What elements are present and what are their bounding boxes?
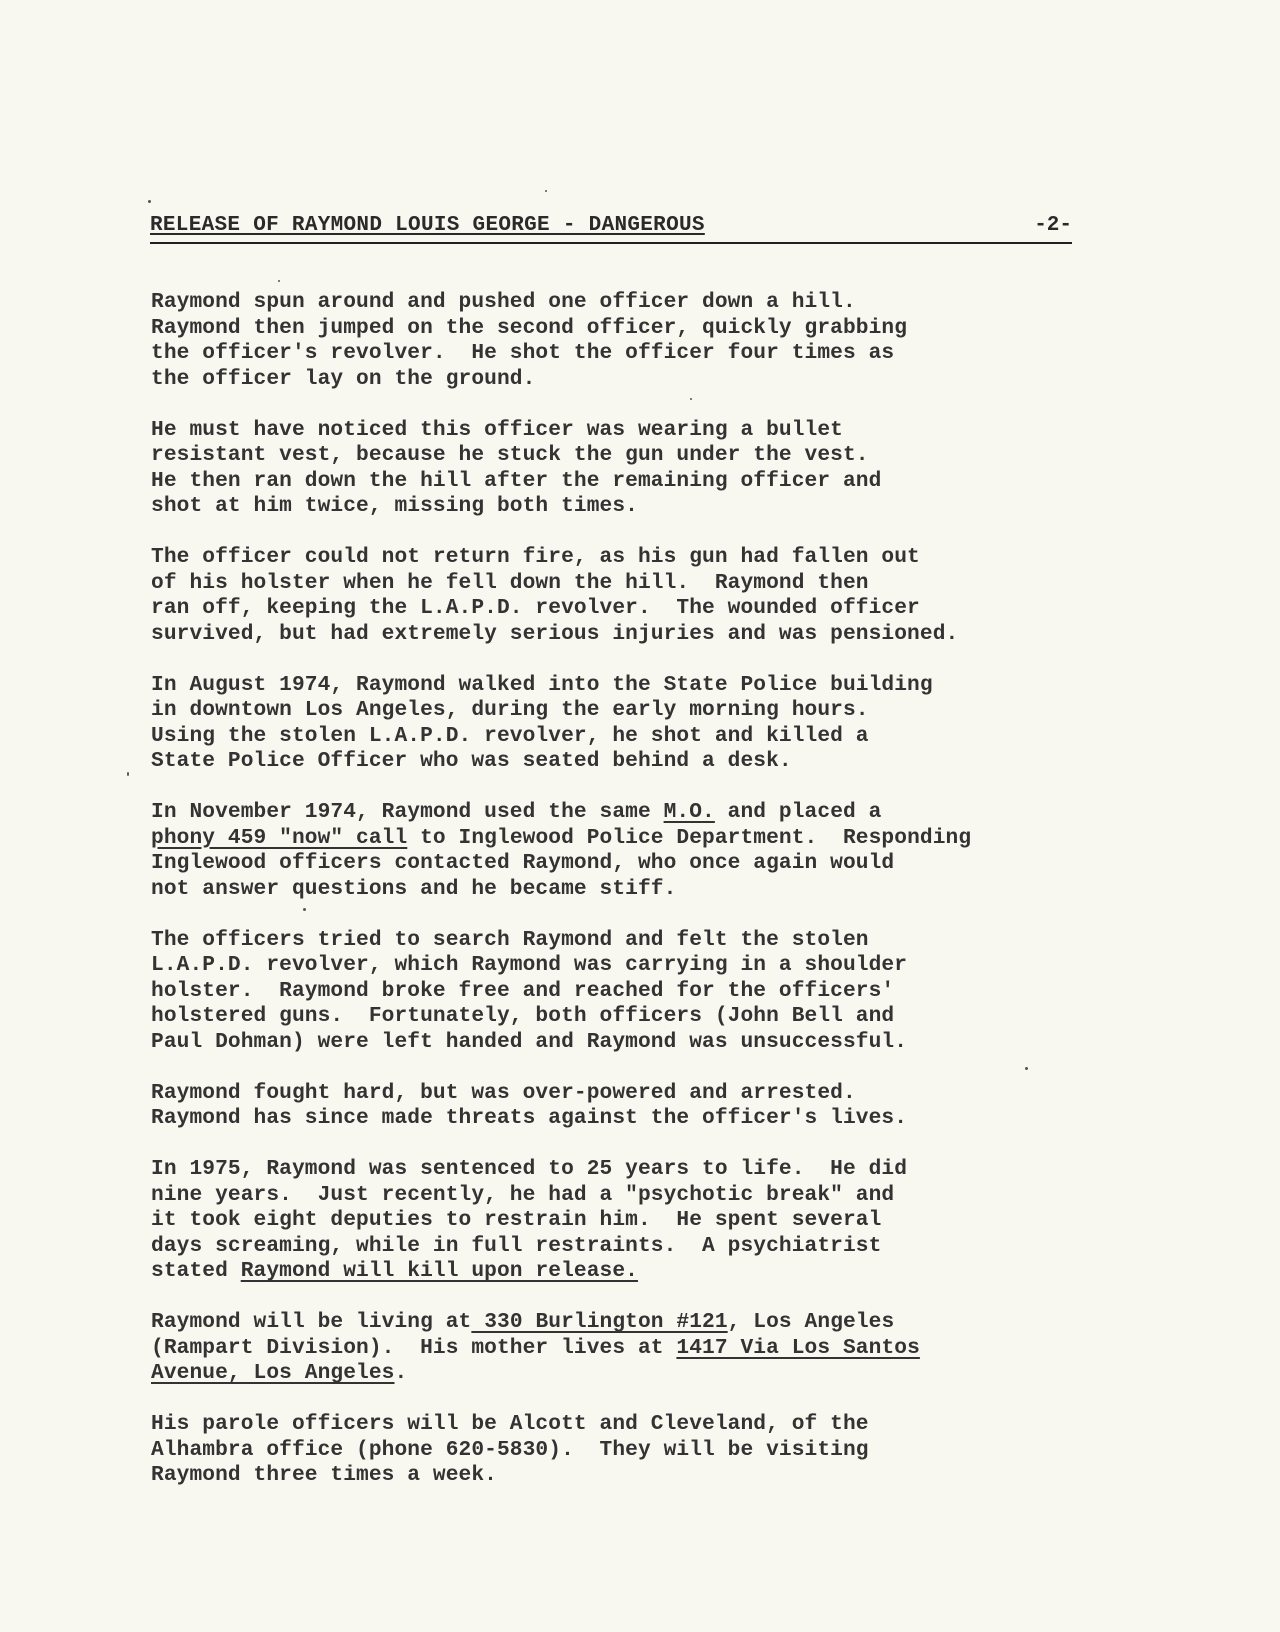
text-segment: in downtown Los Angeles, during the earl…	[151, 698, 869, 722]
text-line: the officer's revolver. He shot the offi…	[151, 341, 1151, 367]
text-line: Avenue, Los Angeles.	[151, 1361, 1151, 1387]
text-segment: The officer could not return fire, as hi…	[151, 545, 920, 569]
text-segment: and placed a	[715, 800, 882, 824]
paragraph: In November 1974, Raymond used the same …	[151, 800, 1151, 902]
text-segment: .	[394, 1361, 407, 1385]
document-page: RELEASE OF RAYMOND LOUIS GEORGE - DANGER…	[0, 0, 1280, 1632]
text-segment: it took eight deputies to restrain him. …	[151, 1208, 881, 1232]
text-segment: holster. Raymond broke free and reached …	[151, 979, 894, 1003]
text-line: State Police Officer who was seated behi…	[151, 749, 1151, 775]
text-segment: Raymond then jumped on the second office…	[151, 316, 907, 340]
text-segment: Raymond fought hard, but was over-powere…	[151, 1081, 856, 1105]
text-line: of his holster when he fell down the hil…	[151, 571, 1151, 597]
text-line: resistant vest, because he stuck the gun…	[151, 443, 1151, 469]
text-segment: L.A.P.D. revolver, which Raymond was car…	[151, 953, 907, 977]
paragraph: In 1975, Raymond was sentenced to 25 yea…	[151, 1157, 1151, 1285]
paragraph: He must have noticed this officer was we…	[151, 418, 1151, 520]
text-segment: Raymond three times a week.	[151, 1463, 497, 1487]
scan-speck	[127, 772, 129, 776]
text-line: (Rampart Division). His mother lives at …	[151, 1336, 1151, 1362]
text-segment: Using the stolen L.A.P.D. revolver, he s…	[151, 724, 869, 748]
text-segment: to Inglewood Police Department. Respondi…	[407, 826, 971, 850]
text-line: not answer questions and he became stiff…	[151, 877, 1151, 903]
text-segment: The officers tried to search Raymond and…	[151, 928, 869, 952]
text-segment: In August 1974, Raymond walked into the …	[151, 673, 933, 697]
text-line: holstered guns. Fortunately, both office…	[151, 1004, 1151, 1030]
text-line: Raymond then jumped on the second office…	[151, 316, 1151, 342]
page-number: -2-	[1034, 214, 1072, 237]
text-segment: survived, but had extremely serious inju…	[151, 622, 958, 646]
scan-speck	[690, 398, 692, 400]
document-header: RELEASE OF RAYMOND LOUIS GEORGE - DANGER…	[150, 212, 1072, 244]
underlined-text: 1417 Via Los Santos	[676, 1336, 919, 1360]
text-line: In November 1974, Raymond used the same …	[151, 800, 1151, 826]
text-segment: Raymond will be living at	[151, 1310, 471, 1334]
text-line: stated Raymond will kill upon release.	[151, 1259, 1151, 1285]
text-line: Raymond spun around and pushed one offic…	[151, 290, 1151, 316]
text-line: in downtown Los Angeles, during the earl…	[151, 698, 1151, 724]
text-line: He then ran down the hill after the rema…	[151, 469, 1151, 495]
text-line: He must have noticed this officer was we…	[151, 418, 1151, 444]
text-line: shot at him twice, missing both times.	[151, 494, 1151, 520]
text-segment: the officer lay on the ground.	[151, 367, 535, 391]
text-segment: He then ran down the hill after the rema…	[151, 469, 881, 493]
paragraph: Raymond fought hard, but was over-powere…	[151, 1081, 1151, 1132]
text-line: In 1975, Raymond was sentenced to 25 yea…	[151, 1157, 1151, 1183]
paragraph: In August 1974, Raymond walked into the …	[151, 673, 1151, 775]
underlined-text: 330 Burlington #121	[471, 1310, 727, 1334]
text-segment: State Police Officer who was seated behi…	[151, 749, 792, 773]
text-line: Raymond has since made threats against t…	[151, 1106, 1151, 1132]
paragraph: Raymond will be living at 330 Burlington…	[151, 1310, 1151, 1387]
scan-speck	[278, 280, 280, 282]
text-segment: Raymond spun around and pushed one offic…	[151, 290, 856, 314]
underlined-text: Avenue, Los Angeles	[151, 1361, 394, 1385]
text-segment: In 1975, Raymond was sentenced to 25 yea…	[151, 1157, 907, 1181]
text-segment: Raymond has since made threats against t…	[151, 1106, 907, 1130]
text-line: L.A.P.D. revolver, which Raymond was car…	[151, 953, 1151, 979]
text-line: The officers tried to search Raymond and…	[151, 928, 1151, 954]
text-segment: Paul Dohman) were left handed and Raymon…	[151, 1030, 907, 1054]
text-segment: nine years. Just recently, he had a "psy…	[151, 1183, 894, 1207]
text-line: holster. Raymond broke free and reached …	[151, 979, 1151, 1005]
text-line: Using the stolen L.A.P.D. revolver, he s…	[151, 724, 1151, 750]
underlined-text: M.O.	[664, 800, 715, 824]
text-line: days screaming, while in full restraints…	[151, 1234, 1151, 1260]
text-line: survived, but had extremely serious inju…	[151, 622, 1151, 648]
text-line: it took eight deputies to restrain him. …	[151, 1208, 1151, 1234]
paragraph: The officers tried to search Raymond and…	[151, 928, 1151, 1056]
paragraph: The officer could not return fire, as hi…	[151, 545, 1151, 647]
text-line: the officer lay on the ground.	[151, 367, 1151, 393]
text-segment: Inglewood officers contacted Raymond, wh…	[151, 851, 894, 875]
scan-speck	[148, 200, 151, 203]
text-segment: resistant vest, because he stuck the gun…	[151, 443, 869, 467]
text-segment: His parole officers will be Alcott and C…	[151, 1412, 869, 1436]
underlined-text: Raymond will kill upon release.	[241, 1259, 638, 1283]
document-body: Raymond spun around and pushed one offic…	[151, 290, 1151, 1514]
text-segment: In November 1974, Raymond used the same	[151, 800, 664, 824]
text-segment: of his holster when he fell down the hil…	[151, 571, 869, 595]
text-segment: holstered guns. Fortunately, both office…	[151, 1004, 894, 1028]
text-segment: the officer's revolver. He shot the offi…	[151, 341, 894, 365]
text-line: phony 459 "now" call to Inglewood Police…	[151, 826, 1151, 852]
text-segment: Alhambra office (phone 620-5830). They w…	[151, 1438, 869, 1462]
text-segment: days screaming, while in full restraints…	[151, 1234, 881, 1258]
text-line: Alhambra office (phone 620-5830). They w…	[151, 1438, 1151, 1464]
text-line: Inglewood officers contacted Raymond, wh…	[151, 851, 1151, 877]
scan-speck	[303, 908, 306, 911]
document-title: RELEASE OF RAYMOND LOUIS GEORGE - DANGER…	[150, 214, 705, 237]
text-segment: not answer questions and he became stiff…	[151, 877, 676, 901]
text-segment: shot at him twice, missing both times.	[151, 494, 638, 518]
text-segment: stated	[151, 1259, 241, 1283]
text-line: nine years. Just recently, he had a "psy…	[151, 1183, 1151, 1209]
text-segment: , Los Angeles	[728, 1310, 895, 1334]
scan-speck	[1025, 1067, 1028, 1070]
paragraph: His parole officers will be Alcott and C…	[151, 1412, 1151, 1489]
text-segment: ran off, keeping the L.A.P.D. revolver. …	[151, 596, 920, 620]
text-line: Raymond three times a week.	[151, 1463, 1151, 1489]
underlined-text: phony 459 "now" call	[151, 826, 407, 850]
text-segment: He must have noticed this officer was we…	[151, 418, 843, 442]
text-line: Raymond fought hard, but was over-powere…	[151, 1081, 1151, 1107]
text-line: In August 1974, Raymond walked into the …	[151, 673, 1151, 699]
text-line: The officer could not return fire, as hi…	[151, 545, 1151, 571]
text-line: His parole officers will be Alcott and C…	[151, 1412, 1151, 1438]
text-line: ran off, keeping the L.A.P.D. revolver. …	[151, 596, 1151, 622]
text-segment: (Rampart Division). His mother lives at	[151, 1336, 676, 1360]
text-line: Raymond will be living at 330 Burlington…	[151, 1310, 1151, 1336]
paragraph: Raymond spun around and pushed one offic…	[151, 290, 1151, 392]
text-line: Paul Dohman) were left handed and Raymon…	[151, 1030, 1151, 1056]
scan-speck	[545, 190, 547, 192]
